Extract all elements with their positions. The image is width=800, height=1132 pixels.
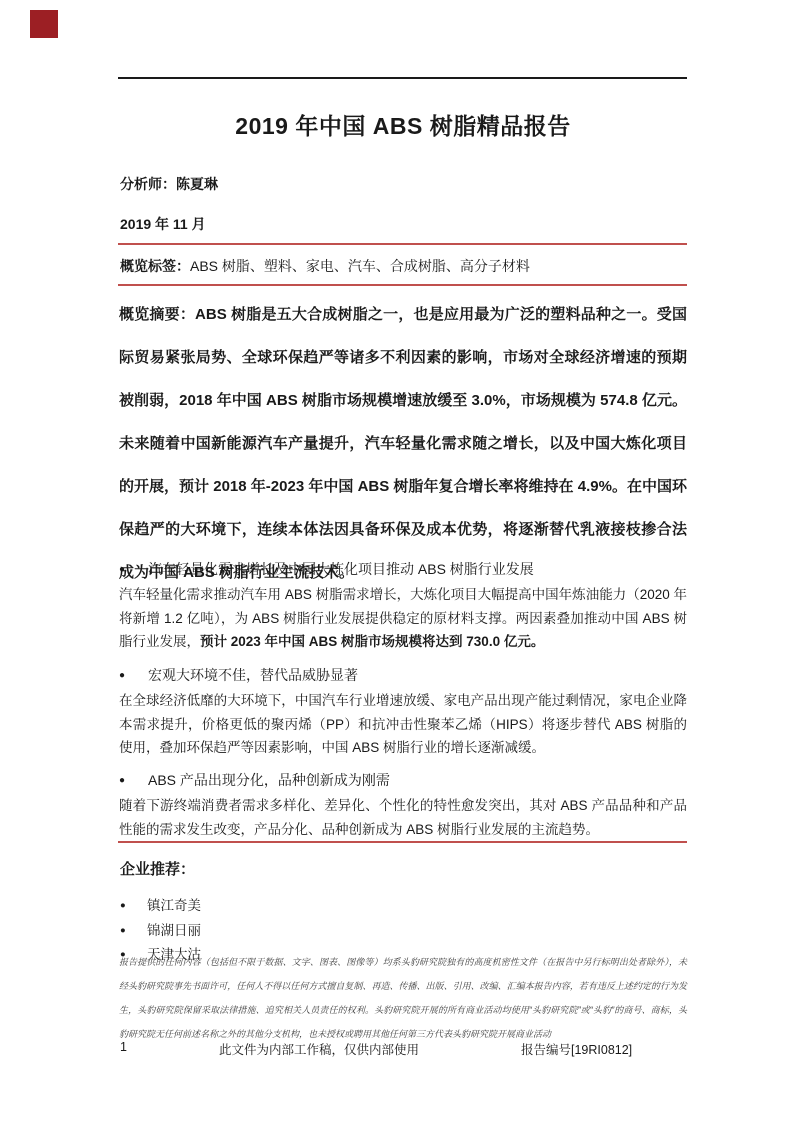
report-title: 2019 年中国 ABS 树脂精品报告: [119, 108, 687, 141]
bullet-heading: ●汽车轻量化需求增长及中国大炼化项目推动 ABS 树脂行业发展: [119, 556, 687, 583]
bullet-section-macro-environment: ●宏观大环境不佳，替代品威胁显著 在全球经济低靡的大环境下，中国汽车行业增速放缓…: [119, 662, 687, 760]
section-divider: [118, 841, 687, 843]
company-list-item: ●锦湖日丽: [120, 921, 201, 941]
bullet-heading: ●宏观大环境不佳，替代品威胁显著: [119, 662, 687, 689]
report-date: 2019 年 11 月: [120, 214, 206, 234]
bullet-body-bold-text: 预计 2023 年中国 ABS 树脂市场规模将达到 730.0 亿元。: [200, 634, 544, 649]
summary-label: 概览摘要：: [119, 306, 195, 323]
page-footer: 1 此文件为内部工作稿，仅供内部使用 报告编号[19RI0812]: [0, 1040, 800, 1060]
bullet-heading: ●ABS 产品出现分化，品种创新成为刚需: [119, 767, 687, 794]
tags-value: ABS 树脂、塑料、家电、汽车、合成树脂、高分子材料: [190, 258, 530, 274]
tags-line: 概览标签：ABS 树脂、塑料、家电、汽车、合成树脂、高分子材料: [120, 256, 686, 276]
section-divider: [118, 284, 687, 286]
bullet-section-auto-lightweight: ●汽车轻量化需求增长及中国大炼化项目推动 ABS 树脂行业发展 汽车轻量化需求推…: [119, 556, 687, 654]
bullet-body: 在全球经济低靡的大环境下，中国汽车行业增速放缓、家电产品出现产能过剩情况，家电企…: [119, 689, 687, 760]
bullet-body-text: 在全球经济低靡的大环境下，中国汽车行业增速放缓、家电产品出现产能过剩情况，家电企…: [119, 693, 687, 755]
company-name: 镇江奇美: [147, 898, 201, 913]
bullet-icon: ●: [119, 768, 148, 794]
bullet-body: 汽车轻量化需求推动汽车用 ABS 树脂需求增长，大炼化项目大幅提高中国年炼油能力…: [119, 583, 687, 654]
bullet-icon: ●: [120, 896, 147, 916]
analyst-name: 陈夏琳: [176, 176, 218, 192]
summary-paragraph: 概览摘要：ABS 树脂是五大合成树脂之一，也是应用最为广泛的塑料品种之一。受国际…: [119, 293, 687, 594]
bullet-heading-text: ABS 产品出现分化，品种创新成为刚需: [148, 772, 390, 788]
company-list-item: ●镇江奇美: [120, 896, 201, 916]
internal-use-note: 此文件为内部工作稿，仅供内部使用: [219, 1040, 419, 1058]
bullet-body-text: 随着下游终端消费者需求多样化、差异化、个性化的特性愈发突出，其对 ABS 产品品…: [119, 798, 687, 837]
company-logo: [30, 10, 58, 38]
header-divider: [118, 77, 687, 79]
bullet-icon: ●: [119, 557, 148, 583]
report-code: 报告编号[19RI0812]: [521, 1040, 632, 1058]
bullet-section-product-differentiation: ●ABS 产品出现分化，品种创新成为刚需 随着下游终端消费者需求多样化、差异化、…: [119, 767, 687, 841]
bullet-heading-text: 宏观大环境不佳，替代品威胁显著: [148, 667, 358, 683]
bullet-heading-text: 汽车轻量化需求增长及中国大炼化项目推动 ABS 树脂行业发展: [148, 561, 534, 577]
recommendations-heading: 企业推荐：: [120, 858, 195, 879]
bullet-icon: ●: [119, 663, 148, 689]
legal-disclaimer: 报告提供的任何内容（包括但不限于数据、文字、图表、图像等）均系头豹研究院独有的高…: [119, 950, 687, 1046]
section-divider: [118, 243, 687, 245]
analyst-label: 分析师：: [120, 176, 176, 192]
tags-label: 概览标签：: [120, 258, 190, 274]
analyst-line: 分析师：陈夏琳: [120, 174, 218, 194]
page-number: 1: [120, 1040, 127, 1054]
bullet-body: 随着下游终端消费者需求多样化、差异化、个性化的特性愈发突出，其对 ABS 产品品…: [119, 794, 687, 841]
company-name: 锦湖日丽: [147, 923, 201, 938]
summary-text: ABS 树脂是五大合成树脂之一，也是应用最为广泛的塑料品种之一。受国际贸易紧张局…: [119, 306, 687, 581]
report-page: 2019 年中国 ABS 树脂精品报告 分析师：陈夏琳 2019 年 11 月 …: [0, 0, 800, 1132]
bullet-icon: ●: [120, 921, 147, 941]
